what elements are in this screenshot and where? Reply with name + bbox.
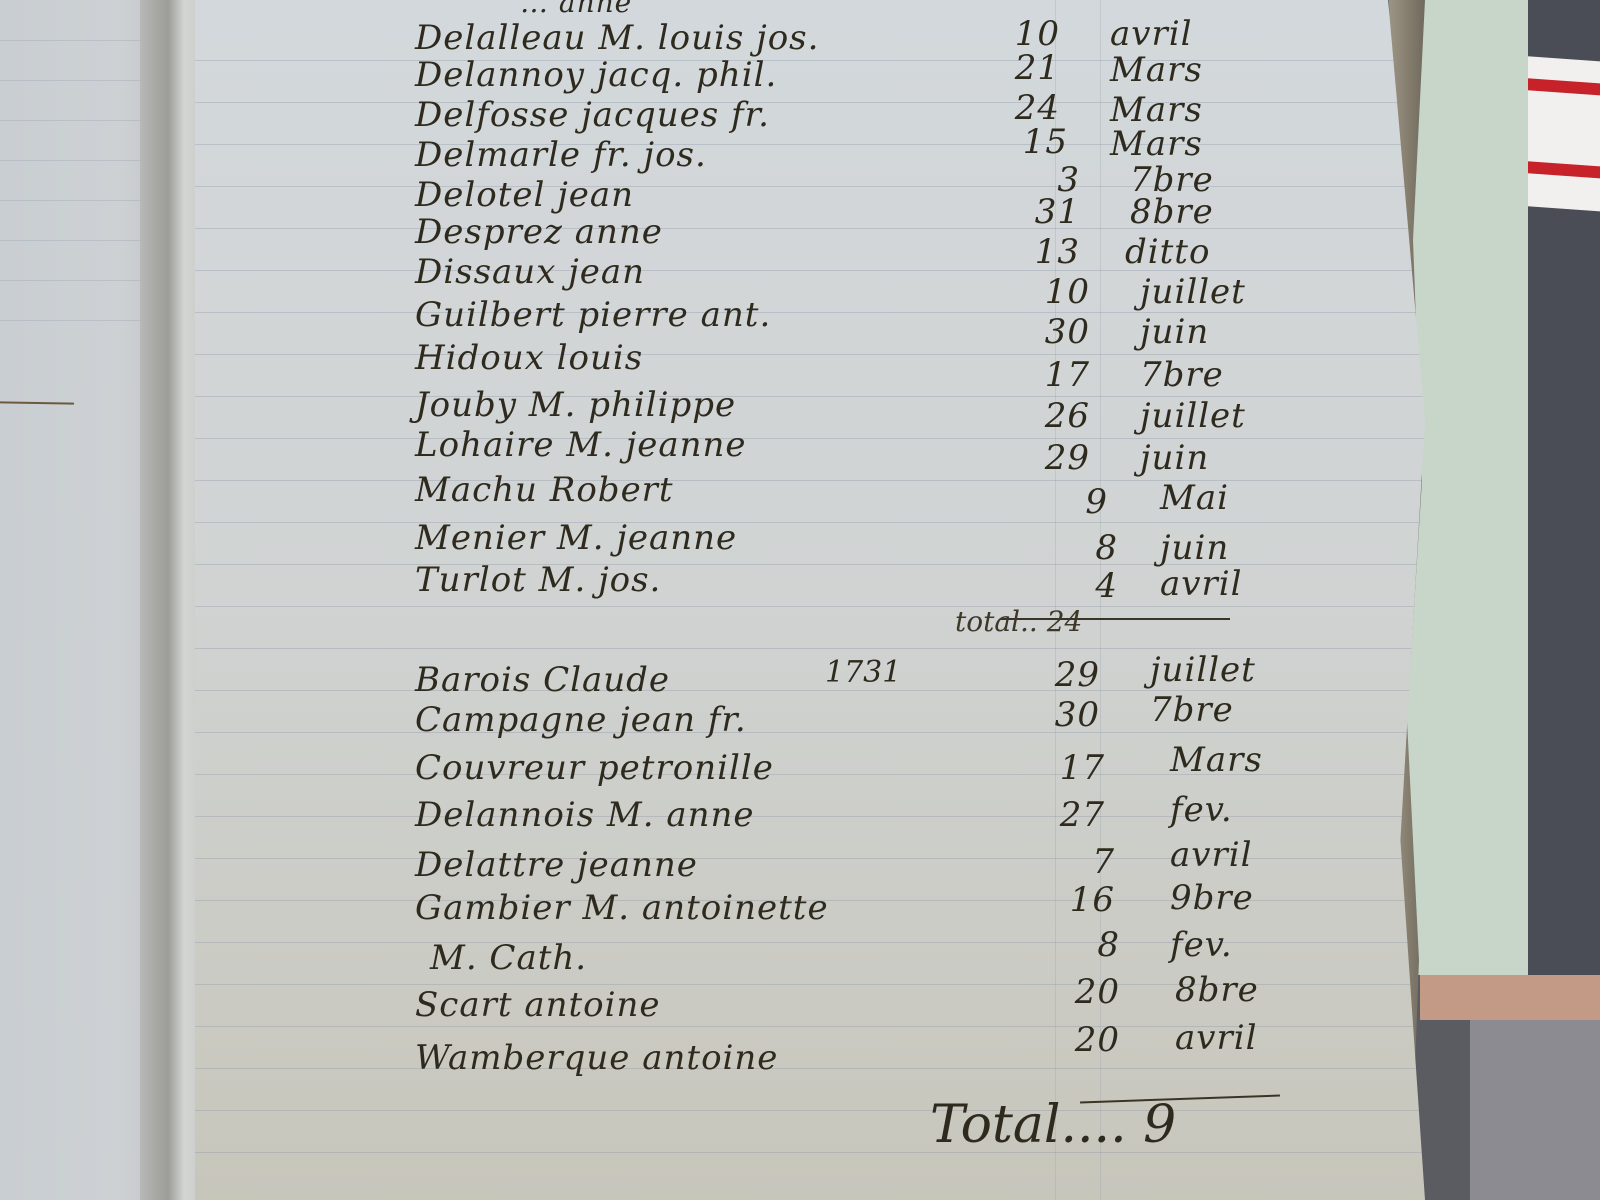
subtotal-value: 24	[1047, 605, 1083, 638]
year-heading: 1731	[825, 655, 901, 690]
entry-day: 17	[1030, 355, 1090, 395]
entry-name: Machu Robert	[415, 470, 674, 510]
photograph: … anne Delalleau M. louis jos. 10 avril …	[0, 0, 1600, 1200]
entry-day: 21	[1000, 48, 1060, 88]
subtotal-label: total..	[955, 605, 1038, 638]
entry-name: Delalleau M. louis jos.	[415, 18, 819, 58]
cloth-book-board-edge	[1470, 975, 1600, 1020]
entry-day: 27	[1045, 795, 1105, 835]
entry-name: Guilbert pierre ant.	[415, 295, 771, 335]
grand-total: Total.... 9	[930, 1095, 1176, 1155]
entry-month: avril	[1175, 1018, 1257, 1058]
entry-day: 15	[1008, 122, 1068, 162]
entry-name: Lohaire M. jeanne	[415, 425, 747, 465]
entry-month: juillet	[1140, 272, 1246, 312]
entry-day: 8	[1058, 528, 1118, 568]
entry-month: avril	[1160, 564, 1242, 604]
entry-name: Barois Claude	[415, 660, 670, 700]
entry-name: Couvreur petronille	[415, 748, 774, 788]
entry-month: ditto	[1125, 232, 1210, 272]
entry-month: 9bre	[1170, 878, 1254, 918]
entry-day: 9	[1048, 482, 1108, 522]
entry-day: 29	[1030, 438, 1090, 478]
entry-day: 26	[1030, 396, 1090, 436]
entry-day: 17	[1045, 748, 1105, 788]
entry-name: Scart antoine	[415, 985, 661, 1025]
entry-name: Wamberque antoine	[415, 1038, 778, 1078]
table-surface	[1470, 1020, 1600, 1200]
partial-entry: … anne	[520, 0, 632, 19]
entry-name: Delmarle fr. jos.	[415, 135, 707, 175]
entry-day: 16	[1055, 880, 1115, 920]
entry-month: juillet	[1140, 396, 1246, 436]
entry-month: Mai	[1160, 478, 1229, 518]
entry-month: juin	[1140, 438, 1209, 478]
entry-name: Turlot M. jos.	[415, 560, 661, 600]
entry-month: fev.	[1170, 925, 1233, 965]
entry-day: 29	[1040, 655, 1100, 695]
ink-stroke	[0, 401, 74, 404]
entry-day: 20	[1060, 972, 1120, 1012]
entry-name: Delfosse jacques fr.	[415, 95, 770, 135]
subtotal: total.. 24	[955, 605, 1082, 638]
entry-month: Mars	[1170, 740, 1263, 780]
entry-day: 7	[1055, 842, 1115, 882]
entry-month: 8bre	[1130, 192, 1214, 232]
entry-month: juin	[1140, 312, 1209, 352]
entry-month: avril	[1110, 14, 1192, 54]
entry-month: avril	[1170, 835, 1252, 875]
entry-month: juillet	[1150, 650, 1256, 690]
entry-day: 30	[1040, 695, 1100, 735]
total-value: 9	[1143, 1095, 1176, 1155]
entry-name: Jouby M. philippe	[415, 385, 736, 425]
entry-month: 8bre	[1175, 970, 1259, 1010]
entry-month: 7bre	[1150, 690, 1234, 730]
entry-day: 10	[1030, 272, 1090, 312]
entry-day: 31	[1020, 192, 1080, 232]
total-label: Total....	[930, 1095, 1127, 1155]
entry-name: Campagne jean fr.	[415, 700, 747, 740]
entry-month: fev.	[1170, 790, 1233, 830]
entry-name: Desprez anne	[415, 212, 663, 252]
entry-month: juin	[1160, 528, 1229, 568]
entry-name: Delannoy jacq. phil.	[415, 55, 777, 95]
entry-day: 30	[1030, 312, 1090, 352]
entry-name: Gambier M. antoinette	[415, 888, 829, 928]
entry-day: 8	[1060, 925, 1120, 965]
entry-day: 4	[1058, 566, 1118, 606]
entry-name: Menier M. jeanne	[415, 518, 737, 558]
entry-name: Hidoux louis	[415, 338, 643, 378]
entry-day: 20	[1060, 1020, 1120, 1060]
entry-name: Dissaux jean	[415, 252, 645, 292]
entry-day: 13	[1020, 232, 1080, 272]
entry-month: Mars	[1110, 50, 1203, 90]
entry-month: 7bre	[1140, 355, 1224, 395]
entry-name: Delattre jeanne	[415, 845, 698, 885]
entry-name: Delotel jean	[415, 175, 634, 215]
entry-name: Delannois M. anne	[415, 795, 755, 835]
entry-name: M. Cath.	[430, 938, 587, 978]
entry-month: Mars	[1110, 124, 1203, 164]
